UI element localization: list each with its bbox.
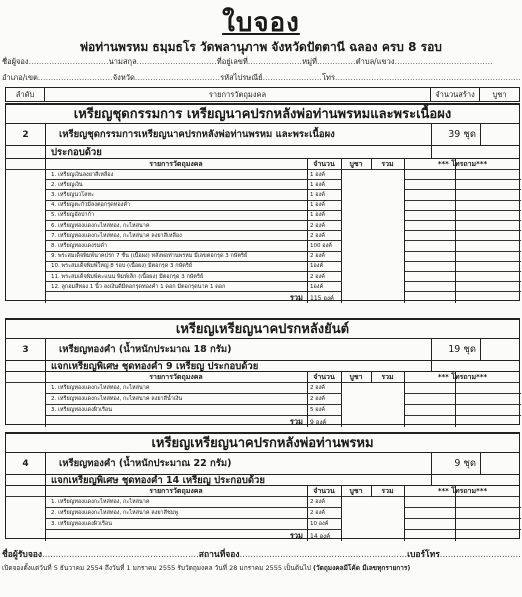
section-intro: ประกอบด้วย — [51, 146, 102, 158]
list-item: 6. เหรียญทองแดงกะไหล่ทอง, กะไหล่นาค2 องค… — [45, 221, 341, 231]
section-3: เหรียญเหรียญนาคปรกหลังยันต์3เหรียญทองคำ … — [5, 318, 520, 425]
form-field-input[interactable]: ............... — [317, 57, 356, 66]
list-item-name: 4. เหรียญตะกั่วมีลงตอกรุดทองคำ — [51, 201, 307, 210]
list-item: 1. เหรียญทองแดงกะไหล่ทอง, กะไหล่นาค2 องค… — [45, 383, 341, 394]
list-item-name: 3. เหรียญทองแดงผิวเรือน — [51, 519, 307, 529]
item-number: 4 — [6, 453, 45, 474]
document-subtitle: พ่อท่านพรหม ธมฺมธโร วัดพลานุภาพ จังหวัดป… — [0, 38, 522, 57]
footer-note: เปิดจองตั้งแต่วันที่ 5 ธันวาคม 2554 ถึงว… — [2, 563, 410, 573]
sub-table: รายการวัตถุมงคลจำนวนบูชารวม*** โทรถาม***… — [6, 158, 519, 303]
column-divider — [371, 158, 372, 170]
list-item-name: 2. เหรียญทองแดงกะไหล่ทอง, กะไหล่นาค ลงยา… — [51, 394, 307, 404]
sub-table-header: รายการวัตถุมงคลจำนวนบูชารวม*** โทรถาม*** — [6, 485, 519, 497]
item-name: เหรียญทองคำ (น้ำหนักประมาณ 18 กรัม) — [59, 339, 431, 360]
form-label: ตำบล/แขวง — [356, 57, 395, 66]
sub-header-item: รายการวัตถุมงคล — [45, 159, 307, 169]
total-label: รวม — [267, 530, 303, 541]
section-title: เหรียญเหรียญนาคปรกหลังยันต์ — [6, 320, 519, 339]
list-item: 9. พระสมเด็จพิมพ์นาคปรก 7 ชั้น (เนื้อผง)… — [45, 252, 341, 262]
ask-field-row[interactable] — [404, 190, 521, 200]
ask-field-row[interactable] — [404, 282, 521, 292]
footer-receiver-line: ชื่อผู้รับจอง...........................… — [2, 547, 521, 561]
form-label: โทร — [322, 73, 335, 82]
header-col-price: บูชา — [479, 87, 520, 102]
list-item-qty: 1องค์ — [310, 282, 341, 291]
ask-field-row[interactable] — [404, 221, 521, 231]
section-main-row: 2เหรียญชุดกรรมการเหรียญนาคปรกหลังพ่อท่าน… — [6, 124, 519, 146]
receiver-label: ชื่อผู้รับจอง — [2, 550, 42, 560]
column-divider — [45, 475, 46, 485]
list-item-qty: 1 องค์ — [310, 180, 341, 189]
sub-header-qty: จำนวน — [307, 159, 341, 169]
list-item-name: 8. เหรียญทองแดงรมดำ — [51, 241, 307, 250]
ask-field-row[interactable] — [404, 211, 521, 221]
ask-field-row[interactable] — [404, 497, 521, 508]
ask-field-row[interactable] — [404, 252, 521, 262]
list-item-qty: 1 องค์ — [310, 201, 341, 210]
form-field-input[interactable]: ............................... — [29, 57, 109, 66]
header-col-item: รายการวัตถุมงคล — [44, 87, 431, 102]
column-divider — [307, 158, 308, 303]
item-name: เหรียญทองคำ (น้ำหนักประมาณ 22 กรัม) — [59, 453, 431, 474]
list-item: 8. เหรียญทองแดงรมดำ100 องค์ — [45, 241, 341, 251]
column-divider — [45, 371, 46, 427]
list-item-qty: 1 องค์ — [310, 211, 341, 220]
sub-header-ask: *** โทรถาม*** — [404, 159, 521, 169]
column-divider — [371, 485, 372, 497]
sub-table-total-row: รวม14 องค์ — [6, 530, 519, 541]
list-item: 7. เหรียญทองแดงกะไหล่ทอง, กะไหล่นาค ลงยา… — [45, 231, 341, 241]
ask-field-row[interactable] — [404, 519, 521, 530]
section-title: เหรียญชุดกรรมการ เหรียญนาคปรกหลังพ่อท่าน… — [6, 105, 519, 124]
column-divider — [404, 371, 405, 427]
section-intro-row: แจกเหรียญพิเศษ ชุดทองคำ 9 เหรียญ ประกอบด… — [6, 361, 519, 371]
column-divider — [45, 158, 46, 303]
price-total-input[interactable] — [342, 497, 404, 541]
section-4: เหรียญเหรียญนาคปรกหลังพ่อท่านพรหม4เหรียญ… — [5, 432, 520, 539]
list-item-name: 5. เหรียญอัลปาก้า — [51, 211, 307, 220]
total-qty: 115 องค์ — [310, 292, 341, 303]
column-divider — [431, 453, 432, 474]
list-item-name: 2. เหรียญเงิน — [51, 180, 307, 189]
column-divider — [480, 339, 481, 360]
list-item-qty: 2 องค์ — [310, 497, 341, 507]
form-field-input[interactable]: ............................... — [137, 57, 217, 66]
sub-header-total: รวม — [371, 372, 404, 382]
list-item-name: 6. เหรียญทองแดงกะไหล่ทอง, กะไหล่นาค — [51, 221, 307, 230]
list-item: 2. เหรียญทองแดงกะไหล่ทอง, กะไหล่นาค ลงยา… — [45, 394, 341, 405]
sub-header-ask: *** โทรถาม*** — [404, 486, 521, 496]
column-divider — [45, 361, 46, 371]
column-divider — [431, 475, 432, 485]
list-item-name: 3. เหรียญทองแดงผิวเรือน — [51, 405, 307, 415]
sub-header-qty: จำนวน — [307, 486, 341, 496]
list-item-qty: 2 องค์ — [310, 394, 341, 404]
ask-field-row[interactable] — [404, 231, 521, 241]
sub-header-item: รายการวัตถุมงคล — [45, 486, 307, 496]
item-name: เหรียญชุดกรรมการเหรียญนาคปรกหลังพ่อท่านพ… — [59, 124, 431, 145]
sub-header-price: บูชา — [341, 486, 371, 496]
section-title: เหรียญเหรียญนาคปรกหลังพ่อท่านพรหม — [6, 434, 519, 453]
list-item-qty: 1 องค์ — [310, 190, 341, 199]
header-col-no: ลำดับ — [5, 87, 45, 102]
item-price-field[interactable] — [480, 339, 521, 360]
item-price-field[interactable] — [480, 124, 521, 145]
place-label: สถานที่จอง — [199, 550, 240, 560]
footer-note-bold: (วัตถุมงคลมีโค้ด มีเลขทุกรายการ) — [313, 564, 410, 572]
list-item-qty: 2 องค์ — [310, 272, 341, 281]
total-label: รวม — [267, 416, 303, 427]
phone-field[interactable]: .............................. — [440, 550, 521, 560]
column-divider — [431, 124, 432, 145]
sub-header-price: บูชา — [341, 159, 371, 169]
list-item-name: 1. เหรียญทองแดงกะไหล่ทอง, กะไหล่นาค — [51, 383, 307, 393]
sub-table: รายการวัตถุมงคลจำนวนบูชารวม*** โทรถาม***… — [6, 371, 519, 427]
list-item-name: 3. เหรียญนวโลหะ — [51, 190, 307, 199]
total-qty: 9 องค์ — [310, 416, 341, 427]
phone-label: เบอร์โทร — [407, 550, 440, 560]
form-label: ที่อยู่เลขที่ — [217, 57, 248, 66]
list-item: 1. เหรียญเงินลงยาสีเหลือง1 องค์ — [45, 170, 341, 180]
section-intro-row: แจกเหรียญพิเศษ ชุดทองคำ 14 เหรียญ ประกอบ… — [6, 475, 519, 485]
item-price-field[interactable] — [480, 453, 521, 474]
sub-header-ask: *** โทรถาม*** — [404, 372, 521, 382]
ask-field-row[interactable] — [404, 394, 521, 405]
list-item-qty: 2 องค์ — [310, 231, 341, 240]
form-label: อำเภอ/เขต — [2, 73, 38, 82]
sub-table-header: รายการวัตถุมงคลจำนวนบูชารวม*** โทรถาม*** — [6, 158, 519, 170]
column-divider — [45, 453, 46, 474]
price-total-input[interactable] — [342, 383, 404, 427]
column-divider — [431, 339, 432, 360]
section-2: เหรียญชุดกรรมการ เหรียญนาคปรกหลังพ่อท่าน… — [5, 103, 520, 301]
list-item: 2. เหรียญทองแดงกะไหล่ทอง, กะไหล่นาค ลงยา… — [45, 508, 341, 519]
receiver-field[interactable]: ........................................… — [42, 550, 199, 560]
form-field-input[interactable]: ....................... — [263, 73, 322, 82]
list-item-qty: 2 องค์ — [310, 508, 341, 518]
ask-field-row[interactable] — [404, 180, 521, 190]
document-title: ใบจอง — [0, 2, 522, 43]
form-field-input[interactable]: ........................................… — [335, 73, 520, 82]
item-count: 39 ชุด — [431, 124, 476, 145]
item-count: 19 ชุด — [431, 339, 476, 360]
ask-field-row[interactable] — [404, 272, 521, 282]
ask-field-row[interactable] — [404, 508, 521, 519]
list-item-name: 2. เหรียญทองแดงกะไหล่ทอง, กะไหล่นาค ลงยา… — [51, 508, 307, 518]
section-intro-row: ประกอบด้วย — [6, 146, 519, 158]
footer-note-text: เปิดจองตั้งแต่วันที่ 5 ธันวาคม 2554 ถึงว… — [2, 564, 311, 572]
sub-table-total-row: รวม115 องค์ — [6, 292, 519, 303]
list-item-name: 1. เหรียญเงินลงยาสีเหลือง — [51, 170, 307, 179]
list-item-qty: 5 องค์ — [310, 405, 341, 415]
column-divider — [45, 339, 46, 360]
form-label: นามสกุล — [109, 57, 137, 66]
ask-field-row[interactable] — [404, 241, 521, 251]
form-line-2: อำเภอ/เขต.............................จั… — [2, 72, 520, 84]
list-item-qty: 10 องค์ — [310, 519, 341, 529]
column-divider — [45, 485, 46, 541]
total-qty: 14 องค์ — [310, 530, 341, 541]
place-field[interactable]: ........................................… — [240, 550, 408, 560]
list-item: 4. เหรียญตะกั่วมีลงตอกรุดทองคำ1 องค์ — [45, 201, 341, 211]
list-item: 1. เหรียญทองแดงกะไหล่ทอง, กะไหล่นาค2 องค… — [45, 497, 341, 508]
sub-header-qty: จำนวน — [307, 372, 341, 382]
ask-field-row[interactable] — [404, 201, 521, 211]
sub-table-header: รายการวัตถุมงคลจำนวนบูชารวม*** โทรถาม*** — [6, 371, 519, 383]
list-item-qty: 1องค์ — [310, 262, 341, 271]
item-count: 9 ชุด — [431, 453, 476, 474]
column-divider — [455, 485, 456, 541]
list-item-qty: 1 องค์ — [310, 170, 341, 179]
list-item-name: 1. เหรียญทองแดงกะไหล่ทอง, กะไหล่นาค — [51, 497, 307, 507]
form-field-input[interactable]: ............................. — [38, 73, 113, 82]
list-item: 3. เหรียญทองแดงผิวเรือน10 องค์ — [45, 519, 341, 530]
form-label: รหัสไปรษณีย์ — [220, 73, 262, 82]
column-divider — [45, 146, 46, 158]
sub-table-total-row: รวม9 องค์ — [6, 416, 519, 427]
form-label: จังหวัด — [113, 73, 135, 82]
column-divider — [480, 124, 481, 145]
list-item-name: 11. พระสมเด็จพิมพ์คะแนน พิมพ์เล็ก (เนื้อ… — [51, 272, 307, 281]
form-label: ชื่อผู้จอง — [2, 57, 29, 66]
form-line-1: ชื่อผู้จอง..............................… — [2, 56, 520, 68]
ask-field-row[interactable] — [404, 262, 521, 272]
ask-field-row[interactable] — [404, 170, 521, 180]
form-field-input[interactable]: ..................... — [248, 57, 302, 66]
list-item-name: 9. พระสมเด็จพิมพ์นาคปรก 7 ชั้น (เนื้อผง)… — [51, 252, 307, 261]
column-divider — [431, 361, 432, 371]
ask-field-row[interactable] — [404, 405, 521, 416]
column-divider — [404, 485, 405, 541]
list-item-qty: 2 องค์ — [310, 383, 341, 393]
sub-header-item: รายการวัตถุมงคล — [45, 372, 307, 382]
form-field-input[interactable]: ...................................... — [395, 57, 493, 66]
column-divider — [307, 371, 308, 427]
price-total-input[interactable] — [342, 170, 404, 303]
ask-field-row[interactable] — [404, 383, 521, 394]
section-intro: แจกเหรียญพิเศษ ชุดทองคำ 14 เหรียญ ประกอบ… — [51, 475, 265, 485]
list-item-qty: 100 องค์ — [310, 241, 341, 250]
list-item-name: 7. เหรียญทองแดงกะไหล่ทอง, กะไหล่นาค ลงยา… — [51, 231, 307, 240]
list-item: 11. พระสมเด็จพิมพ์คะแนน พิมพ์เล็ก (เนื้อ… — [45, 272, 341, 282]
sub-header-total: รวม — [371, 159, 404, 169]
sub-header-price: บูชา — [341, 372, 371, 382]
list-item: 10. พระสมเด็จพิมพ์ใหญ่ 8 รอบ (เนื้อผง) ม… — [45, 262, 341, 272]
column-divider — [455, 371, 456, 427]
column-divider — [431, 146, 432, 158]
column-divider — [371, 371, 372, 383]
sub-header-total: รวม — [371, 486, 404, 496]
form-field-input[interactable]: ................................. — [135, 73, 220, 82]
list-item-name: 10. พระสมเด็จพิมพ์ใหญ่ 8 รอบ (เนื้อผง) ม… — [51, 262, 307, 271]
list-item: 3. เหรียญนวโลหะ1 องค์ — [45, 190, 341, 200]
column-divider — [404, 158, 405, 303]
form-label: หมู่ที่ — [302, 57, 317, 66]
list-item: 12. ลูกอมสีทอง 1 นิ้ว ลงเงินดีมีตอกรุดทอ… — [45, 282, 341, 292]
section-intro: แจกเหรียญพิเศษ ชุดทองคำ 9 เหรียญ ประกอบด… — [51, 361, 258, 371]
list-item: 2. เหรียญเงิน1 องค์ — [45, 180, 341, 190]
list-item-name: 12. ลูกอมสีทอง 1 นิ้ว ลงเงินดีมีตอกรุดทอ… — [51, 282, 307, 291]
column-divider — [307, 485, 308, 541]
item-number: 3 — [6, 339, 45, 360]
list-item-qty: 2 องค์ — [310, 252, 341, 261]
list-item: 3. เหรียญทองแดงผิวเรือน5 องค์ — [45, 405, 341, 416]
sub-table: รายการวัตถุมงคลจำนวนบูชารวม*** โทรถาม***… — [6, 485, 519, 541]
item-number: 2 — [6, 124, 45, 145]
header-col-count: จำนวนสร้าง — [430, 87, 480, 102]
column-divider — [480, 453, 481, 474]
column-divider — [45, 124, 46, 145]
list-item-qty: 2 องค์ — [310, 221, 341, 230]
total-label: รวม — [267, 292, 303, 303]
list-item: 5. เหรียญอัลปาก้า1 องค์ — [45, 211, 341, 221]
column-divider — [455, 158, 456, 303]
